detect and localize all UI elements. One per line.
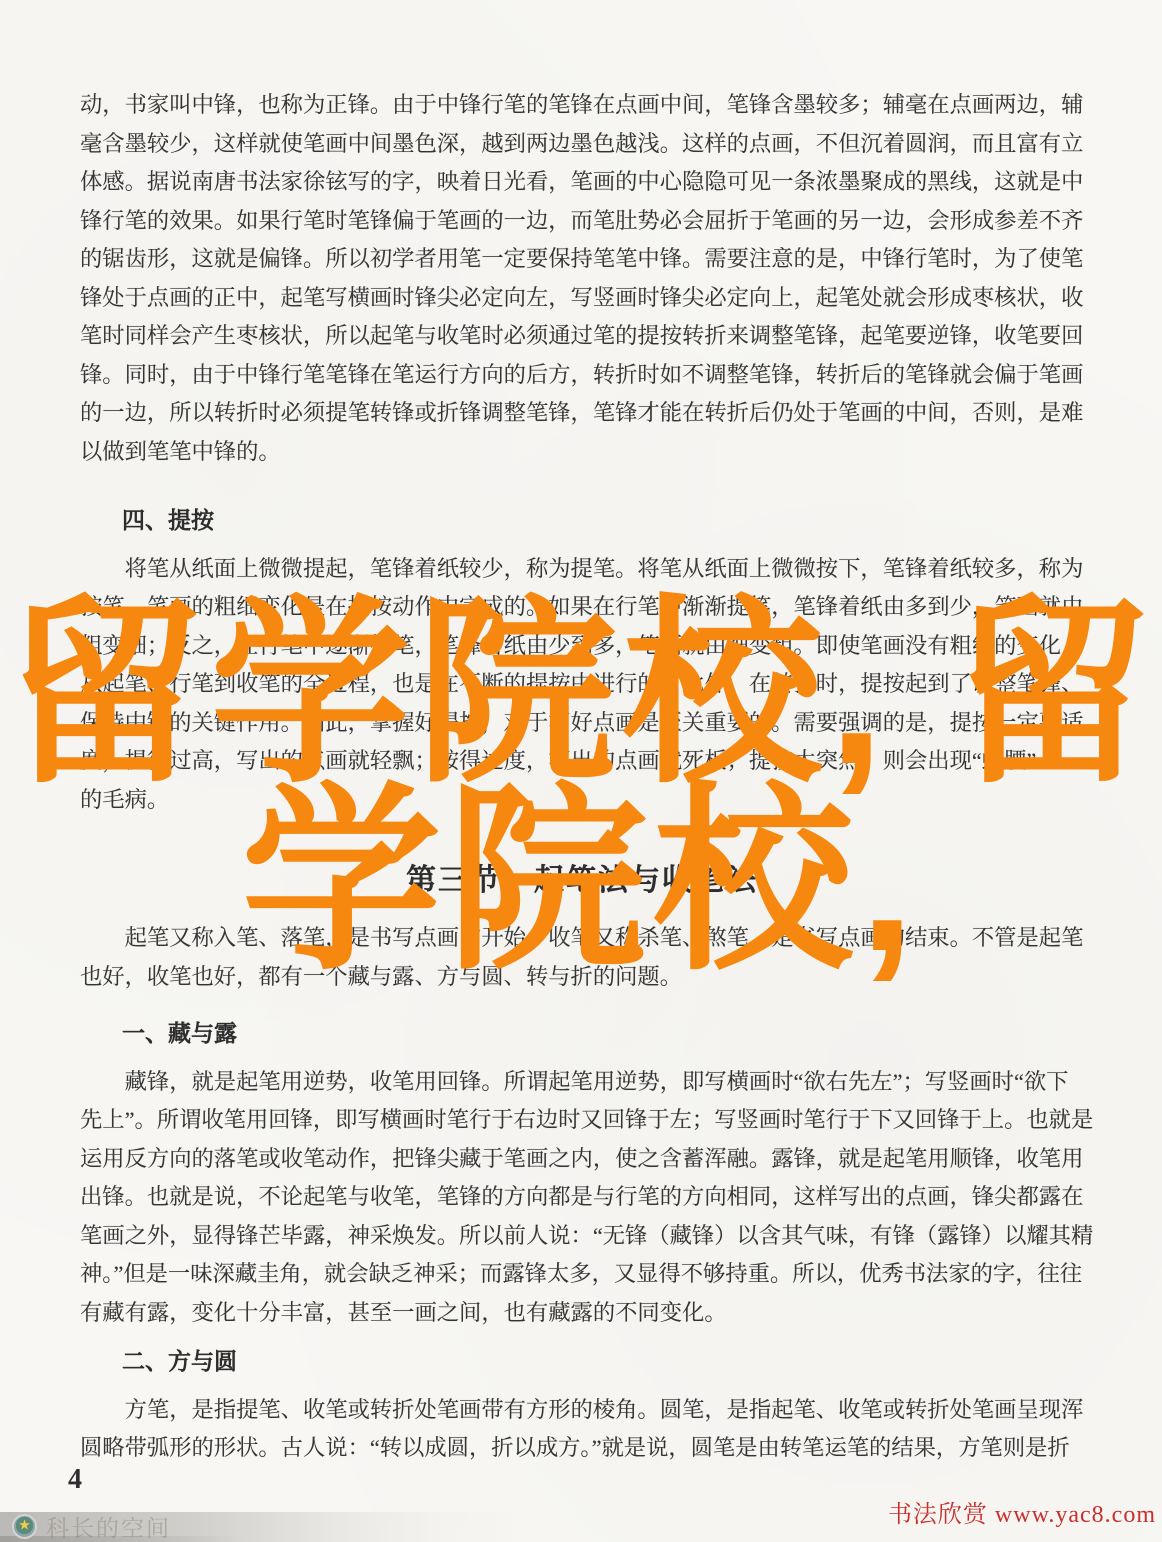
text-line: 出锋。也就是说，不论起笔与收笔，笔锋的方向都是与行笔的方向相同，这样写出的点画，… [80,1178,1084,1217]
uploader-watermark: 科长的空间 [12,1510,171,1542]
text-line: 先上”。所谓收笔用回锋，即写横画时笔行于右边时又回锋于左；写竖画时笔行于下又回锋… [80,1101,1084,1140]
uploader-name: 科长的空间 [46,1510,171,1542]
subsection-heading: 一、藏与露 [80,1014,1084,1053]
watermark-line-1: 留学院校, 留 [4,595,1157,795]
text-line: 体感。据说南唐书法家徐铉写的字，映着日光看，笔画的中心隐隐可见一条浓墨聚成的黑线… [80,163,1084,202]
paragraph: 方笔，是指提笔、收笔或转折处笔画带有方形的棱角。圆笔，是指起笔、收笔或转折处笔画… [80,1391,1084,1468]
text-line: 笔时同样会产生枣核状，所以起笔与收笔时必须通过笔的提按转折来调整笔锋，起笔要逆锋… [80,317,1084,356]
page-number: 4 [68,1464,82,1496]
text-line: 锋处于点画的正中，起笔写横画时锋尖必定向左，写竖画时锋尖必定向上，起笔处就会形成… [80,279,1084,318]
scanned-book-page: 动，书家叫中锋，也称为正锋。由于中锋行笔的笔锋在点画中间，笔锋含墨较多；辅毫在点… [0,0,1162,1542]
qzone-star-icon [12,1514,37,1539]
site-credit: 书法欣赏 www.yac8.com [888,1494,1156,1529]
subsection-heading: 二、方与圆 [80,1342,1084,1381]
text-line: 方笔，是指提笔、收笔或转折处笔画带有方形的棱角。圆笔，是指起笔、收笔或转折处笔画… [80,1391,1084,1430]
text-line: 有藏有露，变化十分丰富，甚至一画之间，也有藏露的不同变化。 [80,1294,1084,1333]
text-line: 神。”但是一味深藏圭角，就会缺乏神采；而露锋太多，又显得不够持重。所以，优秀书法… [80,1255,1084,1294]
text-line: 运用反方向的落笔或收笔动作，把锋尖藏于笔画之内，使之含蓄浑融。露锋，就是起笔用顺… [80,1140,1084,1179]
text-line: 锋行笔的效果。如果行笔时笔锋偏于笔画的一边，而笔肚势必会屈折于笔画的另一边，会形… [80,202,1084,241]
text-line: 锋。同时，由于中锋行笔笔锋在笔运行方向的后方，转折时如不调整笔锋，转折后的笔锋就… [80,356,1084,395]
text-line: 的锯齿形，这就是偏锋。所以初学者用笔一定要保持笔笔中锋。需要注意的是，中锋行笔时… [80,240,1084,279]
text-line: 圆略带弧形的形状。古人说：“转以成圆，折以成方。”就是说，圆笔是由转笔运笔的结果… [80,1429,1084,1468]
text-line: 藏锋，就是起笔用逆势，收笔用回锋。所谓起笔用逆势，即写横画时“欲右先左”；写竖画… [80,1063,1084,1102]
text-line: 毫含墨较少，这样就使笔画中间墨色深，越到两边墨色越浅。这样的点画，不但沉着圆润，… [80,125,1084,164]
paragraph: 藏锋，就是起笔用逆势，收笔用回锋。所谓起笔用逆势，即写横画时“欲右先左”；写竖画… [80,1063,1084,1333]
text-line: 笔画之外，显得锋芒毕露，神采焕发。所以前人说：“无锋（藏锋）以含其气味，有锋（露… [80,1217,1084,1256]
watermark-line-2: 学院校, [241,782,921,982]
text-line: 动，书家叫中锋，也称为正锋。由于中锋行笔的笔锋在点画中间，笔锋含墨较多；辅毫在点… [80,86,1084,125]
paragraph: 动，书家叫中锋，也称为正锋。由于中锋行笔的笔锋在点画中间，笔锋含墨较多；辅毫在点… [80,86,1084,471]
text-line: 以做到笔笔中锋的。 [80,433,1084,472]
text-line: 的一边，所以转折时必须提笔转锋或折锋调整笔锋，笔锋才能在转折后仍处于笔画的中间，… [80,394,1084,433]
subsection-heading: 四、提按 [80,501,1084,540]
